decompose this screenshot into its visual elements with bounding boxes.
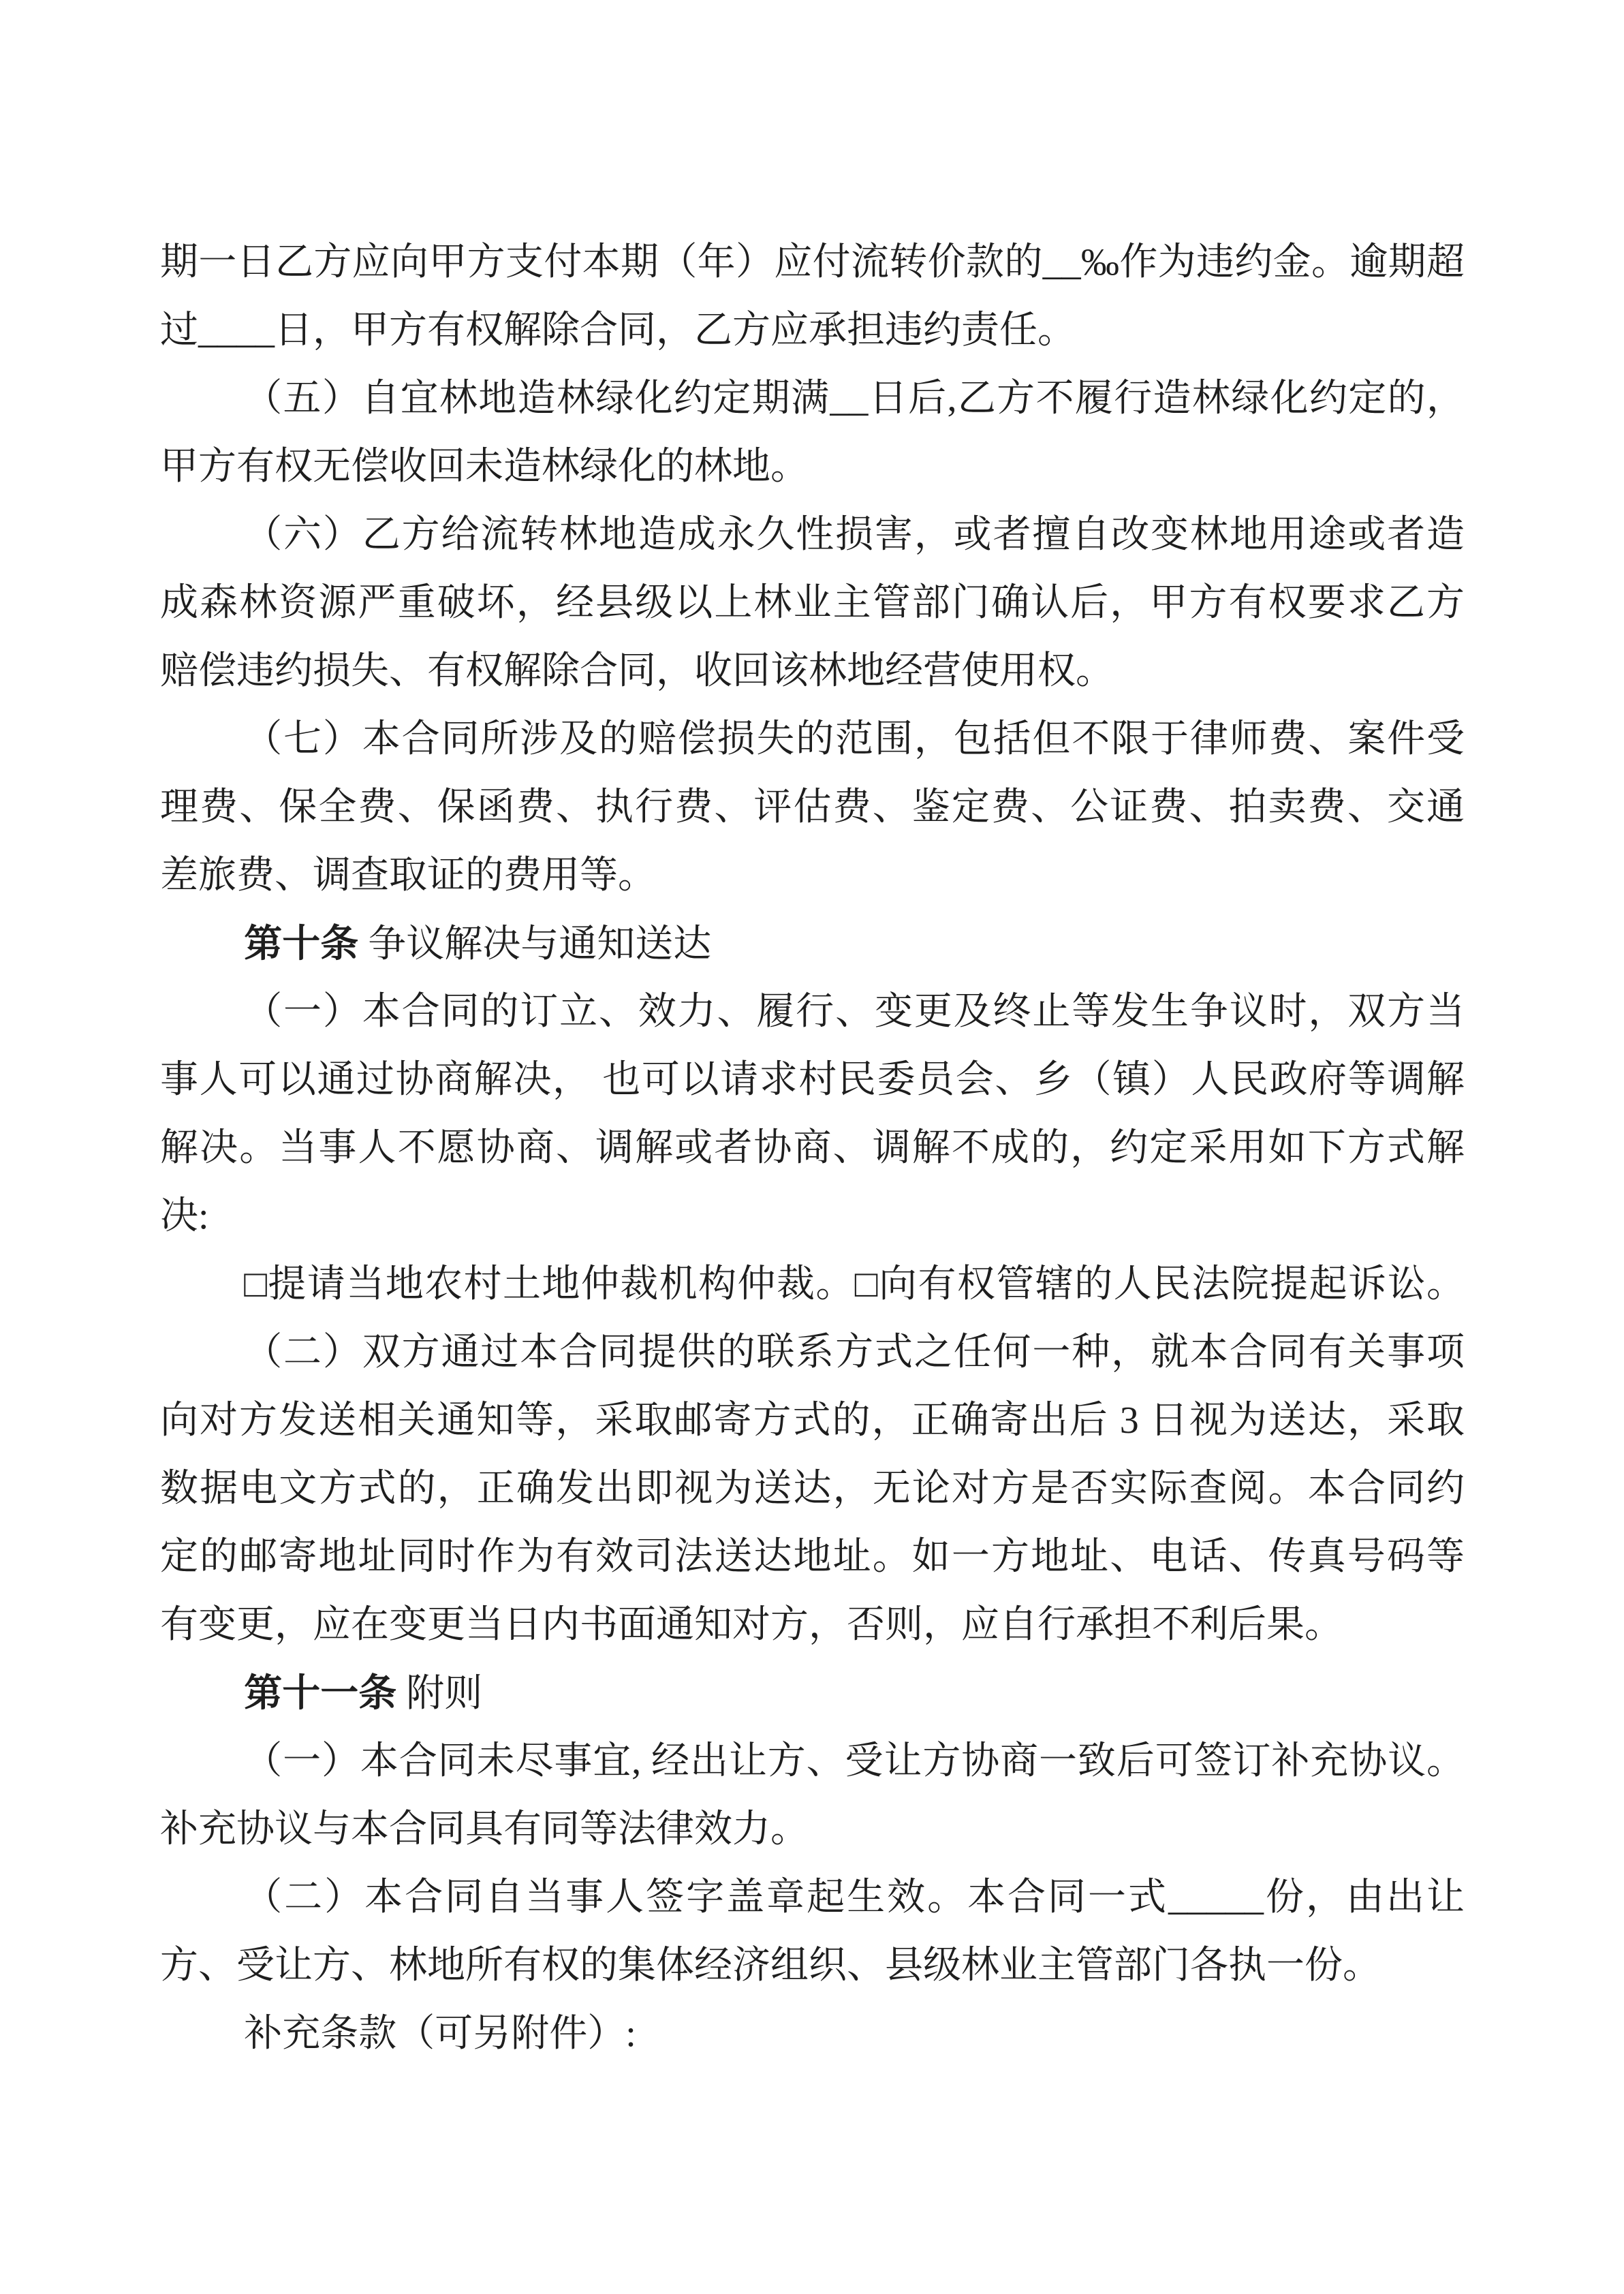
contract-line: 向对方发送相关通知等，采取邮寄方式的，正确寄出后 3 日视为送达，采取 <box>160 1386 1465 1455</box>
contract-line: （二）双方通过本合同提供的联系方式之任何一种，就本合同有关事项 <box>160 1318 1465 1386</box>
contract-line: 成森林资源严重破坏，经县级以上林业主管部门确认后，甲方有权要求乙方 <box>160 569 1465 637</box>
supplementary-clause-line: 补充条款（可另附件）: <box>160 2000 1465 2068</box>
contract-line: 定的邮寄地址同时作为有效司法送达地址。如一方地址、电话、传真号码等 <box>160 1523 1465 1591</box>
contract-line: 甲方有权无偿收回未造林绿化的林地。 <box>160 433 1465 501</box>
contract-line: （二）本合同自当事人签字盖章起生效。本合同一式_____份，由出让 <box>160 1863 1465 1932</box>
contract-line: 差旅费、调查取证的费用等。 <box>160 841 1465 910</box>
contract-line: 数据电文方式的，正确发出即视为送达，无论对方是否实际查阅。本合同约 <box>160 1455 1465 1523</box>
contract-line: （六）乙方给流转林地造成永久性损害，或者擅自改变林地用途或者造 <box>160 501 1465 569</box>
arbitration-options-line: □提请当地农村土地仲裁机构仲裁。□向有权管辖的人民法院提起诉讼。 <box>160 1250 1465 1318</box>
contract-page: 期一日乙方应向甲方支付本期（年）应付流转价款的__‰作为违约金。逾期超 过___… <box>0 0 1624 2294</box>
article-heading-10: 第十条 争议解决与通知送达 <box>160 910 1465 978</box>
contract-line: 解决。当事人不愿协商、调解或者协商、调解不成的，约定采用如下方式解 <box>160 1114 1465 1182</box>
contract-line: （一）本合同未尽事宜, 经出让方、受让方协商一致后可签订补充协议。 <box>160 1727 1465 1795</box>
contract-line: 决: <box>160 1182 1465 1250</box>
contract-line: 补充协议与本合同具有同等法律效力。 <box>160 1795 1465 1863</box>
article-number: 第十条 <box>244 922 358 965</box>
contract-line: 过____日，甲方有权解除合同，乙方应承担违约责任。 <box>160 296 1465 365</box>
article-title: 附则 <box>396 1673 482 1715</box>
contract-line: （七）本合同所涉及的赔偿损失的范围，包括但不限于律师费、案件受 <box>160 705 1465 773</box>
article-heading-11: 第十一条 附则 <box>160 1659 1465 1727</box>
contract-line: （一）本合同的订立、效力、履行、变更及终止等发生争议时，双方当 <box>160 978 1465 1046</box>
contract-line: 方、受让方、林地所有权的集体经济组织、县级林业主管部门各执一份。 <box>160 1932 1465 2000</box>
article-number: 第十一条 <box>244 1671 396 1714</box>
contract-line: 有变更，应在变更当日内书面通知对方，否则，应自行承担不利后果。 <box>160 1591 1465 1659</box>
contract-line: 期一日乙方应向甲方支付本期（年）应付流转价款的__‰作为违约金。逾期超 <box>160 228 1465 296</box>
contract-line: 赔偿违约损失、有权解除合同，收回该林地经营使用权。 <box>160 637 1465 705</box>
contract-line: （五）自宜林地造林绿化约定期满__日后,乙方不履行造林绿化约定的， <box>160 365 1465 433</box>
contract-line: 理费、保全费、保函费、执行费、评估费、鉴定费、公证费、拍卖费、交通 <box>160 773 1465 841</box>
contract-line: 事人可以通过协商解决， 也可以请求村民委员会、乡（镇）人民政府等调解 <box>160 1046 1465 1114</box>
article-title: 争议解决与通知送达 <box>358 923 711 965</box>
